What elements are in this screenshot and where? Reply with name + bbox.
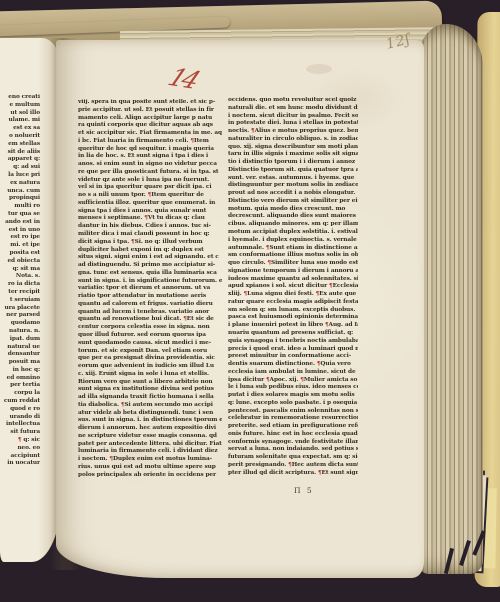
text-line: sm conformatione illius motus solis in o…	[228, 252, 358, 260]
text-line: naturaliter in circulo obliquo. s. in zo…	[228, 136, 358, 144]
text-line: ando est in	[0, 219, 40, 227]
text-line: Nota. s.	[0, 273, 40, 281]
facing-page-text: eno creatie multumut sol illoulame. mies…	[0, 94, 40, 468]
text-line: ut sol illo	[0, 110, 40, 118]
text-line: ratur quare ecclesia magis adipiscit fes…	[228, 299, 358, 307]
text-line: sus. sunt in signa. i. in distinctiones …	[78, 417, 222, 425]
text-line: ro ia dicta	[0, 281, 40, 289]
text-line: la luce pri	[0, 172, 40, 180]
text-line: eno creati	[0, 94, 40, 102]
text-line: anos. si enim sunt in signo no videtur p…	[78, 161, 222, 169]
fore-edge-pages	[419, 24, 483, 574]
text-line: natura. n.	[0, 328, 40, 336]
text-line: occidens. quo motu revoluitur scel quolz	[228, 97, 358, 105]
text-line: i hyemale. i duplex equinoctia. s. verna…	[228, 237, 358, 245]
text-line: ed obiecta	[0, 258, 40, 266]
rubric-pilcrow: ¶	[267, 260, 271, 266]
text-line: sit futura	[0, 429, 40, 437]
text-line: et sic accipitur sic. Fiat firmamenta in…	[78, 130, 222, 138]
quire-signature: Π 5	[294, 486, 314, 495]
text-line: est in uno	[0, 227, 40, 235]
text-line: q: sit ma	[0, 266, 40, 274]
rubric-pilcrow: ¶	[318, 470, 322, 476]
text-line: queritur de hoc qd sequitur. i magis que…	[78, 146, 222, 154]
text-line: apud xpianos i sol. sicut dicitur ¶Eccle…	[228, 283, 358, 291]
text-line: posuit ma	[0, 359, 40, 367]
text-line: menses i septimane. ¶Vt tu dicas q: clau	[78, 215, 222, 223]
text-line: q: lune. excepto solo pasbate. i p osequ…	[228, 400, 358, 408]
text-line: variatio: tpor et dierum et annorum. ut …	[78, 285, 222, 293]
text-line: ecclesia iam ambulat in lumine. sicut de	[228, 369, 358, 377]
chapter-number-handwritten: 14	[165, 65, 201, 93]
text-line: i bc. Fiat luaria in firmamento celi. ¶I…	[78, 138, 222, 146]
text-line: neo. eo	[0, 445, 40, 453]
text-column-left: viij. spera in qua posite sunt stelle. e…	[78, 99, 222, 481]
text-line: atur videlz ab beta distinguendi. tunc i…	[78, 410, 222, 418]
rubric-pilcrow: ¶	[300, 377, 304, 383]
text-line: pentecost. pascalis enim solennitas non …	[228, 408, 358, 416]
text-line: ne scripture videtur esse magis consona.…	[78, 433, 222, 441]
text-line: quod e ro	[0, 406, 40, 414]
rubric-pilcrow: ¶	[18, 437, 22, 443]
rubric-pilcrow: ¶	[244, 291, 248, 297]
text-line: no s a nili unum tpor. ¶Item queritur de	[78, 192, 222, 200]
text-line: i noctem. ¶Duplex enim est motus lumina-	[78, 456, 222, 464]
text-line: Riorum vero que sunt a libero arbitrio n…	[78, 379, 222, 387]
text-line: in hoc q:	[0, 367, 40, 375]
text-line: signatione temporum i dierum i annoru ap…	[228, 268, 358, 276]
text-line: taru in illis signis i maxime solis sit …	[228, 151, 358, 159]
text-line: situs signi. signi enim i est ad signand…	[78, 254, 222, 262]
text-line: sm solem q: sm lunam. exceptis duobus.	[228, 307, 358, 315]
text-line: signa tpa i dies i annos. quia sunalr su…	[78, 208, 222, 216]
rubric-pilcrow: ¶	[325, 322, 329, 328]
text-line: precis i quod erat. ideo a luminari quod…	[228, 346, 358, 354]
text-line: Distinctio tporum sit. quia quatuor tpra…	[228, 167, 358, 175]
text-line: viij. spera in qua posite sunt stelle. e…	[78, 99, 222, 107]
text-line: quo circulo. ¶Similiter luna suo modo es…	[228, 260, 358, 268]
text-line: em stellas	[0, 141, 40, 149]
text-line: cum reddat	[0, 398, 40, 406]
rubric-pilcrow: ¶	[329, 283, 333, 289]
text-line: in uocatur	[0, 460, 40, 468]
text-column-right: occidens. quo motu revoluitur scel quolz…	[228, 97, 358, 489]
text-line: prie accipitur. ut sol. Et posuit stella…	[78, 107, 222, 115]
text-line: intellectua	[0, 421, 40, 429]
rubric-pilcrow: ¶	[183, 316, 187, 322]
rubric-pilcrow: ¶	[288, 462, 292, 468]
rubric-pilcrow: ¶	[266, 377, 270, 383]
text-line: re que per illa gnosticant futura. si in…	[78, 169, 222, 177]
text-line: onis future. hinc est in hoc ecclesia qu…	[228, 431, 358, 439]
text-line: c. xiij. Erunt signa in sole i luna et s…	[78, 371, 222, 379]
text-line: gna. tunc est sensus. quia illa luminari…	[78, 270, 222, 278]
rubric-pilcrow: ¶	[109, 456, 113, 462]
text-line: celebratur in rememoratione resurrection…	[228, 415, 358, 423]
rubric-pilcrow: ¶	[251, 128, 255, 134]
text-line: sunt. ver. estas. autumnus. i hyems. que	[228, 175, 358, 183]
text-line: rius. unus qui est ad motu ultime spere …	[78, 464, 222, 472]
text-line: sunt quodamodo causa. sicut medici i me-	[78, 340, 222, 348]
text-line: conformis synagoge. vnde festivitate ill…	[228, 439, 358, 447]
rubric-pilcrow: ¶	[148, 192, 152, 198]
rubric-pilcrow: ¶	[131, 239, 135, 245]
text-line: putat i dies solares magis sm motu solis	[228, 392, 358, 400]
text-line: ¶ q: sic	[0, 437, 40, 445]
text-line: sufficientia illoz. queritur que enumera…	[78, 200, 222, 208]
text-line: autumnale. ¶Sunt etiam in distinctione a…	[228, 245, 358, 253]
text-line: ex natura	[0, 180, 40, 188]
text-line: ulame. mi	[0, 117, 40, 125]
text-line: polos principales ab oriente in occidens…	[78, 472, 222, 480]
text-line: dierum i annorum. hec autem expositio di…	[78, 425, 222, 433]
text-line: dicit signa i tpa. ¶Si. no q: illud verb…	[78, 239, 222, 247]
text-line: o noluerit	[0, 133, 40, 141]
text-line: mi. et ipe	[0, 242, 40, 250]
text-line: riatio tpor attendatur in mutatione aeri…	[78, 293, 222, 301]
text-line: q: ad sui	[0, 164, 40, 172]
text-line: ura placete	[0, 305, 40, 313]
text-line: cibus. aliquando minores. sm q: per illa…	[228, 221, 358, 229]
text-line: quor illud futuror. sed eorum quorus ipa	[78, 332, 222, 340]
text-line: militer dica i mai claudi possunt in hoc…	[78, 231, 222, 239]
text-line: dentis suarum distinctione. ¶Quia vero	[228, 361, 358, 369]
rubric-pilcrow: ¶	[121, 402, 125, 408]
text-line: quo. xij. signa describuntur sm moti pla…	[228, 144, 358, 152]
text-line: prout ad nos accedit i a nobis elongatur…	[228, 190, 358, 198]
text-line: t seruiam	[0, 297, 40, 305]
text-line: tia diabolica. ¶Si autem secundo mo acci…	[78, 402, 222, 410]
text-line: nuariu quantum ad presens sufficiat. q:	[228, 330, 358, 338]
text-line: ed omnino	[0, 375, 40, 383]
text-line: sit de aliis	[0, 149, 40, 157]
text-line: est ex sa	[0, 125, 40, 133]
text-line: ad distinguendu. Si primo mo accipiatur …	[78, 262, 222, 270]
rubric-pilcrow: ¶	[266, 245, 270, 251]
text-line: quodamo	[0, 320, 40, 328]
text-line: propinqui	[0, 195, 40, 203]
text-line: motum accipiat duplex solstitia. i. esti…	[228, 229, 358, 237]
text-line: pter illud qd dicit scriptura. ¶Et sunt …	[228, 470, 358, 478]
text-line: futuram solenitate qua expectat. sm q: s…	[228, 454, 358, 462]
text-line: Distinctio vero dierum sit similiter per…	[228, 198, 358, 206]
text-line: dupliciter habet exponi im q: duplex est	[78, 247, 222, 255]
text-line: in lia de hoc. s. Et sunt signa i tpa i …	[78, 153, 222, 161]
text-line: accipiunt	[0, 453, 40, 461]
text-line: urando di	[0, 414, 40, 422]
text-line: eorum que advenient in iudicio sm illud …	[78, 363, 222, 371]
text-line: preest minuitur in conformatione acci-	[228, 353, 358, 361]
text-line: distinguuntur per motum solis in zodiaco…	[228, 182, 358, 190]
text-line: patet per antecedente littera. ubi dicit…	[78, 441, 222, 449]
text-line: ner parsed	[0, 312, 40, 320]
text-line: quia synagoga i tenebris noctis ambulaba…	[228, 338, 358, 346]
text-line: corpu la	[0, 390, 40, 398]
text-line: quantu ad renovatione hui dicat. ¶Et sic…	[78, 316, 222, 324]
text-line: est ro ipe	[0, 234, 40, 242]
text-line: tio i distinctio tporum i i dierum i ann…	[228, 159, 358, 167]
text-line: quantu ad lucem i tenebras. variatio ano…	[78, 309, 222, 317]
text-line: decrescunt. aliquando dies sunt maiores …	[228, 213, 358, 221]
text-line: preterite. sed etiam in prefiguratione r…	[228, 423, 358, 431]
text-line: naturali die. et sm hunc modu dividunt d…	[228, 105, 358, 113]
text-line: apparet q:	[0, 156, 40, 164]
rubric-pilcrow: ¶	[190, 138, 194, 144]
text-line: ra quinti corporis que dicitur aquas ab …	[78, 122, 222, 130]
text-line: tur qua se	[0, 211, 40, 219]
text-line: multi ro	[0, 203, 40, 211]
text-line: sunt signa ex institutione divina sed po…	[78, 386, 222, 394]
text-line: i noctem. sicut dicitur in psalmo. Fecit…	[228, 113, 358, 121]
photo-background: eno creatie multumut sol illoulame. mies…	[0, 0, 500, 602]
text-line: pasca est huiusmodi opinionis determinat…	[228, 314, 358, 322]
page-stain	[306, 64, 332, 74]
text-line: quantu ad calorem et frigus. variatio di…	[78, 301, 222, 309]
text-line: le i luna sub pedibus eius. ideo menses …	[228, 384, 358, 392]
text-line: noctis. ¶Alius e motus proprius quez. be…	[228, 128, 358, 136]
text-line: ad illa signanda traxit fictio humana i …	[78, 394, 222, 402]
text-line: videtur qz ante sole i luna ipa no fueru…	[78, 177, 222, 185]
rubric-pilcrow: ¶	[317, 361, 321, 367]
text-line: e multum	[0, 102, 40, 110]
text-line: iudeos maxime quantu ad solennitates. si…	[228, 276, 358, 284]
text-line: vel si in ipa queritur quare psr dicit i…	[78, 184, 222, 192]
rubric-pilcrow: ¶	[316, 291, 320, 297]
text-line: densantur	[0, 351, 40, 359]
text-line: ter recipit	[0, 289, 40, 297]
text-line: mamento celi. Aliqn accipitur large p na…	[78, 115, 222, 123]
text-line: dantur in his diebus. Cdies i annos. tuc…	[78, 223, 222, 231]
book-page: 14 12ʃ viij. spera in qua posite sunt st…	[56, 40, 424, 578]
text-line: in potestate diei. luna i stellas in pot…	[228, 120, 358, 128]
text-line: ipsa dicitur ¶Apoc. xij. ¶Mulier amicta …	[228, 377, 358, 385]
text-line: xliij. ¶Luna signu diei festi. ¶Ex aute …	[228, 291, 358, 299]
text-line: natural ue	[0, 344, 40, 352]
text-line: motum. quia modo dies crescunt. mo	[228, 206, 358, 214]
text-line: i plane inueniri potest in libro ¶Aug. a…	[228, 322, 358, 330]
text-line: ipat. dum	[0, 336, 40, 344]
text-line: torum. et sic exponit Dan. vel etiam eor…	[78, 348, 222, 356]
text-line: luminaria in firmamento celi. i dividant…	[78, 448, 222, 456]
text-line: sunt in signa. i. in significatione futu…	[78, 278, 222, 286]
text-line: posita est	[0, 250, 40, 258]
text-line: unca. cum	[0, 188, 40, 196]
rubric-pilcrow: ¶	[144, 215, 148, 221]
text-line: centur corpora celestia esse in signa. n…	[78, 324, 222, 332]
text-line: per tertia	[0, 382, 40, 390]
text-line: perit presignando. ¶Hec autem dicta sunt…	[228, 462, 358, 470]
text-line: que per ea presignat divina providentia.…	[78, 355, 222, 363]
text-line: servat a luna. non indaiando. sed potius…	[228, 446, 358, 454]
